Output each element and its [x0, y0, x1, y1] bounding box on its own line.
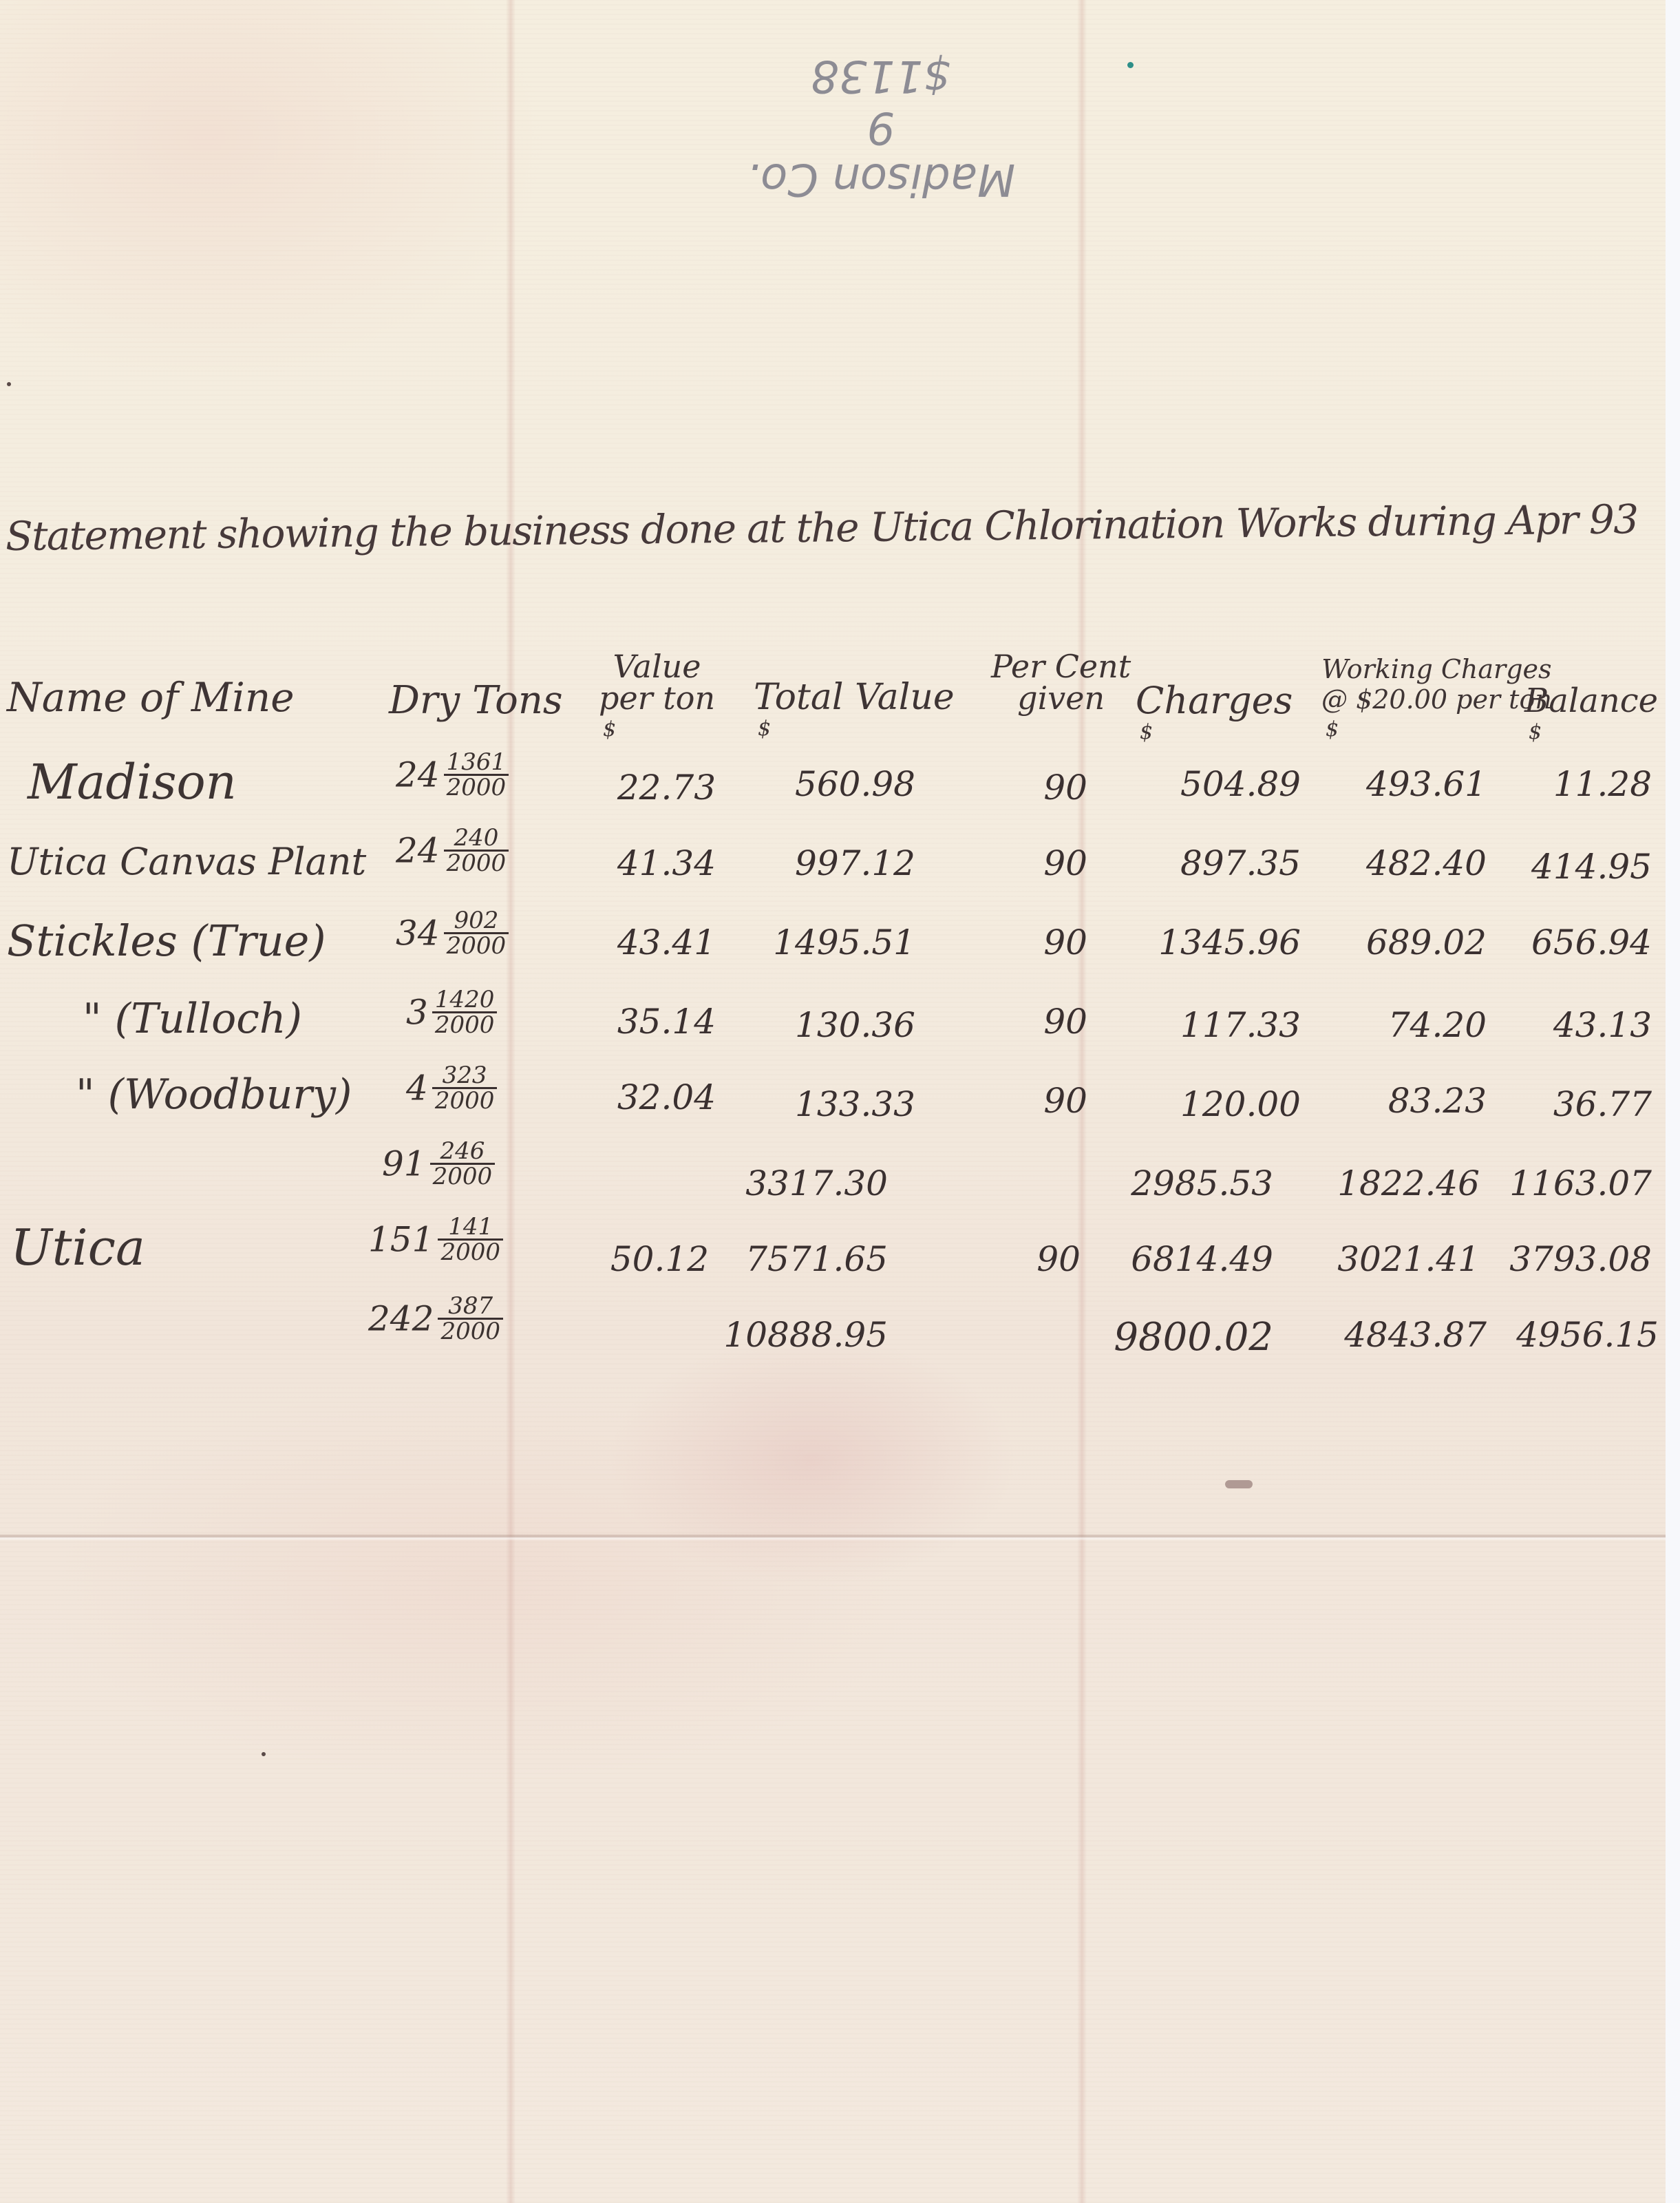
dry-tons: 1511412000: [368, 1215, 503, 1264]
horizontal-fold-crease: [0, 1534, 1666, 1541]
header-label: Balance: [1524, 685, 1658, 717]
value-per-ton: 22.73: [599, 768, 716, 808]
header-name-of-mine: Name of Mine: [7, 682, 295, 713]
dry-tons-fraction: 3232000: [432, 1064, 498, 1113]
charges: 117.33: [1142, 1005, 1301, 1045]
fraction-denominator: 2000: [430, 1165, 496, 1188]
dry-tons-fraction: 9022000: [444, 909, 509, 958]
working-charges: 83.23: [1342, 1081, 1487, 1121]
fraction-denominator: 2000: [438, 1320, 503, 1343]
fraction-denominator: 2000: [432, 1013, 498, 1037]
dry-tons: 314202000: [406, 988, 497, 1037]
working-charges: 493.61: [1342, 764, 1487, 804]
working-charges: 74.20: [1342, 1005, 1487, 1045]
dry-tons-fraction: 3872000: [438, 1294, 503, 1343]
total-value: 133.33: [757, 1084, 915, 1124]
balance: 11.28: [1514, 764, 1652, 804]
total-value: 3317.30: [730, 1163, 888, 1203]
dry-tons-fraction: 1412000: [438, 1215, 503, 1264]
balance: 43.13: [1514, 1005, 1652, 1045]
dry-tons-whole: 24: [396, 831, 440, 871]
working-charges: 482.40: [1342, 843, 1487, 883]
total-value: 7571.65: [730, 1239, 888, 1279]
dry-tons-fraction: 2462000: [430, 1139, 496, 1188]
pencil-note: Madison Co. 9 $1138: [674, 28, 1087, 207]
mine-name: Utica: [10, 1219, 145, 1276]
fraction-numerator: 1420: [432, 988, 498, 1013]
charges: 504.89: [1142, 764, 1301, 804]
header-label: Name of Mine: [7, 674, 295, 721]
charges: 2985.53: [1115, 1163, 1273, 1203]
per-cent-given: 90: [1025, 768, 1087, 808]
fraction-numerator: 141: [438, 1215, 503, 1241]
charges: 6814.49: [1108, 1239, 1273, 1279]
per-cent-given: 90: [1019, 1239, 1081, 1279]
dry-tons: 912462000: [382, 1139, 495, 1188]
per-cent-given: 90: [1025, 843, 1087, 883]
per-cent-given: 90: [1025, 1081, 1087, 1121]
fraction-numerator: 240: [444, 826, 509, 852]
dry-tons-whole: 24: [396, 755, 440, 795]
working-charges: 689.02: [1342, 923, 1487, 962]
dry-tons: 349022000: [396, 909, 509, 958]
value-per-ton: 41.34: [599, 843, 716, 883]
charges: 120.00: [1142, 1084, 1301, 1124]
mine-name: " (Woodbury): [76, 1071, 352, 1119]
balance: 36.77: [1514, 1084, 1652, 1124]
header-charges: Charges $: [1136, 685, 1293, 748]
dry-tons-fraction: 14202000: [432, 988, 498, 1037]
pencil-note-line: $1138: [674, 48, 1087, 103]
fraction-denominator: 2000: [432, 1089, 498, 1113]
total-value: 560.98: [757, 764, 915, 804]
total-value: 997.12: [757, 843, 915, 883]
charges: 897.35: [1142, 843, 1301, 883]
header-label: Total Value: [754, 682, 955, 713]
total-value: 130.36: [757, 1005, 915, 1045]
header-dry-tons: Dry Tons: [389, 685, 563, 717]
balance: 4956.15: [1493, 1315, 1659, 1355]
header-label: given: [991, 682, 1131, 714]
fraction-denominator: 2000: [444, 776, 509, 799]
dry-tons-whole: 3: [406, 993, 428, 1033]
mine-name: Madison: [28, 754, 237, 810]
header-working-charges: Working Charges @ $20.00 per ton $: [1321, 654, 1552, 745]
mine-name: " (Tulloch): [83, 995, 302, 1043]
dry-tons-whole: 91: [382, 1144, 426, 1184]
value-per-ton: 43.41: [599, 923, 716, 962]
vertical-fold-line: [506, 0, 515, 2203]
dollar-sign: $: [599, 714, 715, 746]
dry-tons-whole: 242: [368, 1299, 434, 1339]
header-balance: Balance $: [1524, 685, 1658, 748]
ink-speck: [7, 382, 11, 386]
per-cent-given: 90: [1025, 923, 1087, 962]
charges: 1345.96: [1142, 923, 1301, 962]
balance: 656.94: [1514, 923, 1652, 962]
header-value-per-ton: Value per ton $: [599, 651, 715, 746]
header-label: Working Charges: [1321, 654, 1552, 684]
working-charges: 3021.41: [1328, 1239, 1480, 1279]
header-per-cent-given: Per Cent given: [991, 651, 1131, 714]
header-label: @ $20.00 per ton: [1321, 684, 1552, 715]
ink-speck: [1127, 62, 1134, 68]
fraction-numerator: 323: [432, 1064, 498, 1089]
fraction-denominator: 2000: [444, 934, 509, 958]
fraction-denominator: 2000: [438, 1241, 503, 1264]
working-charges: 1822.46: [1328, 1163, 1480, 1203]
fraction-numerator: 246: [430, 1139, 496, 1165]
dollar-sign: $: [1524, 717, 1658, 748]
header-label: per ton: [599, 682, 715, 714]
dollar-sign: $: [1321, 715, 1552, 745]
mine-name: Stickles (True): [7, 916, 326, 966]
dry-tons-whole: 34: [396, 914, 440, 953]
header-label: Dry Tons: [389, 678, 563, 723]
per-cent-given: 90: [1025, 1002, 1087, 1042]
charges: 9800.02: [1094, 1315, 1273, 1360]
fraction-numerator: 1361: [444, 750, 509, 776]
total-value: 10888.95: [716, 1315, 888, 1355]
value-per-ton: 35.14: [599, 1002, 716, 1042]
pencil-note-line: Madison Co.: [674, 151, 1087, 207]
mine-name: Utica Canvas Plant: [7, 840, 366, 883]
dry-tons-whole: 151: [368, 1220, 434, 1260]
balance: 3793.08: [1493, 1239, 1652, 1279]
dry-tons-fraction: 2402000: [444, 826, 509, 875]
dry-tons-fraction: 13612000: [444, 750, 509, 799]
dry-tons-whole: 4: [406, 1068, 428, 1108]
paper-stain: [1225, 1480, 1253, 1488]
dry-tons: 43232000: [406, 1064, 497, 1113]
dry-tons: 2413612000: [396, 750, 509, 799]
ink-speck: [262, 1752, 266, 1756]
fraction-numerator: 902: [444, 909, 509, 934]
fraction-numerator: 387: [438, 1294, 503, 1320]
fraction-denominator: 2000: [444, 852, 509, 875]
header-total-value: Total Value $: [754, 682, 955, 745]
value-per-ton: 50.12: [599, 1239, 709, 1279]
balance: 414.95: [1514, 847, 1652, 887]
value-per-ton: 32.04: [599, 1077, 716, 1117]
dry-tons: 242402000: [396, 826, 509, 875]
dry-tons: 2423872000: [368, 1294, 503, 1343]
working-charges: 4843.87: [1321, 1315, 1487, 1355]
header-label: Charges: [1136, 685, 1293, 717]
header-label: Value: [599, 651, 715, 682]
pencil-note-line: 9: [674, 103, 1087, 151]
balance: 1163.07: [1493, 1163, 1652, 1203]
header-label: Per Cent: [991, 651, 1131, 682]
total-value: 1495.51: [757, 923, 915, 962]
